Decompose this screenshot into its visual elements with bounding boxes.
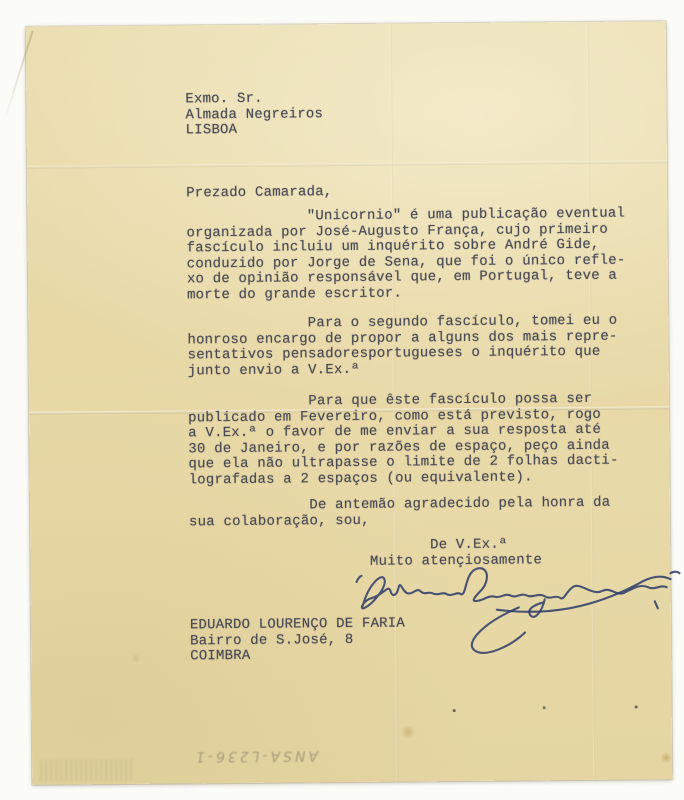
paragraph-3: Para que êste fascículo possa ser public…	[188, 392, 619, 489]
recipient-line: Almada Negreiros	[185, 107, 323, 124]
ink-speck	[635, 705, 638, 708]
pencil-annotation: ANSA-L236-1	[98, 747, 318, 765]
sender-line: Bairro de S.José, 8	[190, 632, 405, 649]
body-line: lografadas a 2 espaços (ou equivalente).	[189, 469, 619, 488]
body-line: sua colaboração, sou,	[189, 511, 611, 530]
letter-paper: Exmo. Sr. Almada Negreiros LISBOA Prezad…	[26, 21, 673, 785]
scanned-letter: Exmo. Sr. Almada Negreiros LISBOA Prezad…	[0, 0, 684, 800]
paragraph-1: "Unicornio" é uma publicação eventual or…	[186, 207, 625, 304]
sender-line: EDUARDO LOURENÇO DE FARIA	[190, 617, 405, 634]
body-line: morte do grande escritor.	[187, 284, 626, 303]
closing-paragraph: De antemão agradecido pela honra da sua …	[189, 496, 611, 531]
salutation: Prezado Camarada,	[186, 185, 332, 202]
ink-speck	[453, 709, 456, 712]
foxing-stain	[660, 752, 672, 763]
salutation-line: Prezado Camarada,	[186, 185, 332, 202]
ink-speck	[543, 706, 546, 709]
sender-address: EDUARDO LOURENÇO DE FARIA Bairro de S.Jo…	[190, 617, 405, 665]
body-line: junto envio a V.Ex.ª	[188, 360, 618, 379]
fold-crease-top	[27, 160, 667, 169]
corner-crease	[3, 31, 34, 123]
recipient-address: Exmo. Sr. Almada Negreiros LISBOA	[185, 91, 323, 139]
paragraph-2: Para o segundo fascículo, tomei eu o hon…	[187, 314, 618, 380]
recipient-line: LISBOA	[186, 122, 324, 139]
foxing-stain	[131, 654, 141, 663]
sender-line: COIMBRA	[190, 648, 405, 665]
foxing-stain	[400, 725, 416, 738]
